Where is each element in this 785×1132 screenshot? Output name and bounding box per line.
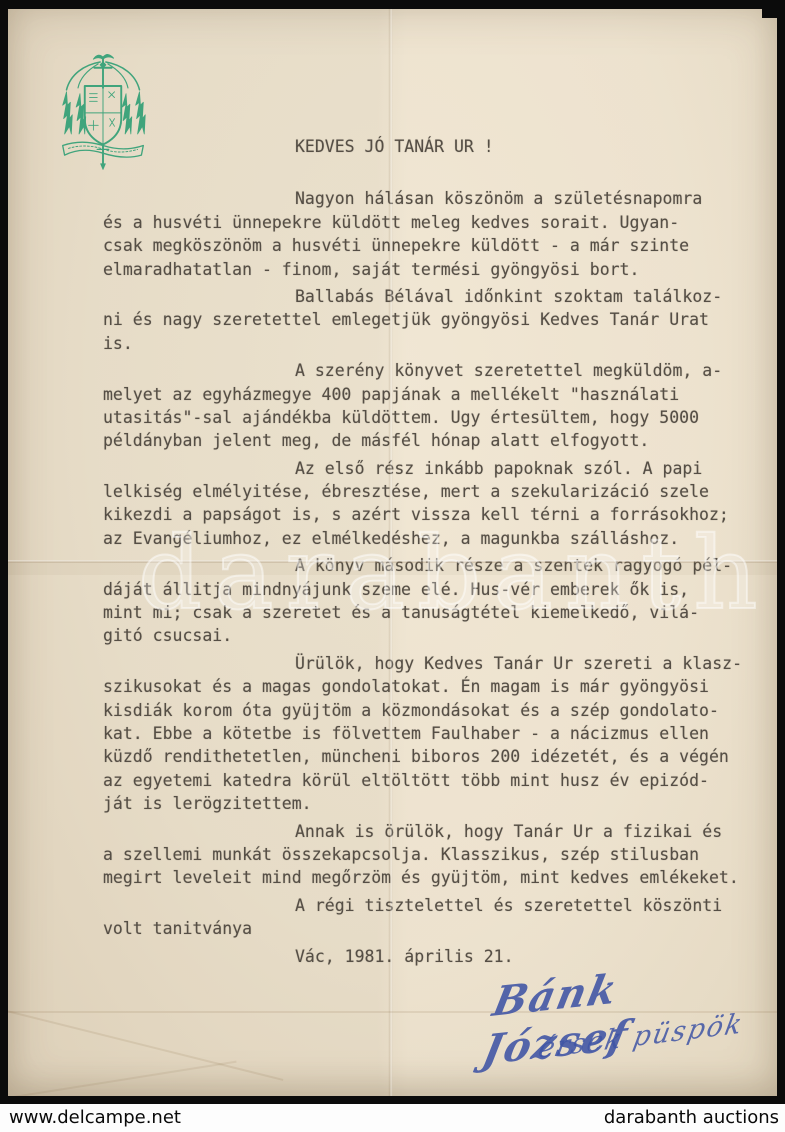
- letter-line: küzdő rendithetetlen, müncheni biboros 2…: [103, 745, 753, 768]
- letter-line: melyet az egyházmegye 400 papjának a mel…: [103, 383, 753, 406]
- letter-line: A szerény könyvet szeretettel megküldöm,…: [103, 359, 753, 382]
- letter-line: az Evangéliumhoz, ez elmélkedéshez, a ma…: [103, 527, 753, 550]
- letter-line: mint mi; csak a szeretet és a tanuságtét…: [103, 601, 753, 624]
- letter-line: dáját állitja mindnyájunk szeme elé. Hus…: [103, 578, 753, 601]
- letter-line: volt tanitványa: [103, 917, 753, 940]
- letter-line: Annak is örülök, hogy Tanár Ur a fizikai…: [103, 820, 753, 843]
- letter-line: kisdiák korom óta gyüjtöm a közmondásoka…: [103, 699, 753, 722]
- letter-line: elmaradhatatlan - finom, saját termési g…: [103, 258, 753, 281]
- scanned-letter: { "document": { "salutation": "KEDVES JÓ…: [0, 0, 785, 1132]
- footer-left-url: www.delcampe.net: [9, 1104, 181, 1132]
- paragraph: Az első rész inkább papoknak szól. A pap…: [103, 457, 753, 551]
- signature: Bánk József érsek püspök: [470, 955, 760, 1085]
- letter-line: Ürülök, hogy Kedves Tanár Ur szereti a k…: [103, 652, 753, 675]
- paragraph: A régi tisztelettel és szeretettel köszö…: [103, 894, 753, 941]
- letter-line: Az első rész inkább papoknak szól. A pap…: [103, 457, 753, 480]
- letter-line: csak megköszönöm a husvéti ünnepekre kül…: [103, 234, 753, 257]
- letter-line: A régi tisztelettel és szeretettel köszö…: [103, 894, 753, 917]
- scan-artifact-notch: [762, 0, 778, 18]
- paragraph: A könyv második része a szentek ragyogó …: [103, 554, 753, 648]
- letter-line: Nagyon hálásan köszönöm a születésnapomr…: [103, 187, 753, 210]
- fold-crease-diagonal-1: [8, 999, 283, 1081]
- salutation: KEDVES JÓ TANÁR UR !: [295, 135, 753, 158]
- letter-line: gitó csucsai.: [103, 624, 753, 647]
- letter-line: a szellemi munkát összekapcsolja. Klassz…: [103, 843, 753, 866]
- letter-body: Nagyon hálásan köszönöm a születésnapomr…: [103, 187, 753, 968]
- letter-line: példányban jelent meg, de másfél hónap a…: [103, 429, 753, 452]
- letter-line: kikezdi a papságot is, s azért vissza ke…: [103, 503, 753, 526]
- letter-line: ni és nagy szeretettel emlegetjük gyöngy…: [103, 308, 753, 331]
- fold-crease-diagonal-2: [8, 1061, 237, 1096]
- letter-line: lelkiség elmélyitése, ébresztése, mert a…: [103, 480, 753, 503]
- letter-line: megirt leveleit mind megőrzöm és gyüjtöm…: [103, 866, 753, 889]
- paragraph: A szerény könyvet szeretettel megküldöm,…: [103, 359, 753, 453]
- letter-line: és a husvéti ünnepekre küldött meleg ked…: [103, 211, 753, 234]
- footer-right-label: darabanth auctions: [604, 1104, 779, 1132]
- letter-line: A könyv második része a szentek ragyogó …: [103, 554, 753, 577]
- letter-line: szikusokat és a magas gondolatokat. Én m…: [103, 675, 753, 698]
- letter-line: kat. Ebbe a kötetbe is fölvettem Faulhab…: [103, 722, 753, 745]
- letter-text-block: KEDVES JÓ TANÁR UR ! Nagyon hálásan kösz…: [103, 135, 753, 972]
- letter-paper: KEDVES JÓ TANÁR UR ! Nagyon hálásan kösz…: [8, 9, 777, 1096]
- letter-line: is.: [103, 332, 753, 355]
- paragraph: Annak is örülök, hogy Tanár Ur a fizikai…: [103, 820, 753, 890]
- footer-bar: www.delcampe.net darabanth auctions: [0, 1104, 785, 1132]
- letter-line: ját is lerögzitettem.: [103, 792, 753, 815]
- paragraph: Nagyon hálásan köszönöm a születésnapomr…: [103, 187, 753, 281]
- letter-line: Ballabás Bélával időnkint szoktam találk…: [103, 285, 753, 308]
- paragraph: Ürülök, hogy Kedves Tanár Ur szereti a k…: [103, 652, 753, 816]
- letter-line: az egyetemi katedra körül eltöltött több…: [103, 769, 753, 792]
- paragraph: Ballabás Bélával időnkint szoktam találk…: [103, 285, 753, 355]
- letter-line: utasitás"-sal ajándékba küldöttem. Ugy é…: [103, 406, 753, 429]
